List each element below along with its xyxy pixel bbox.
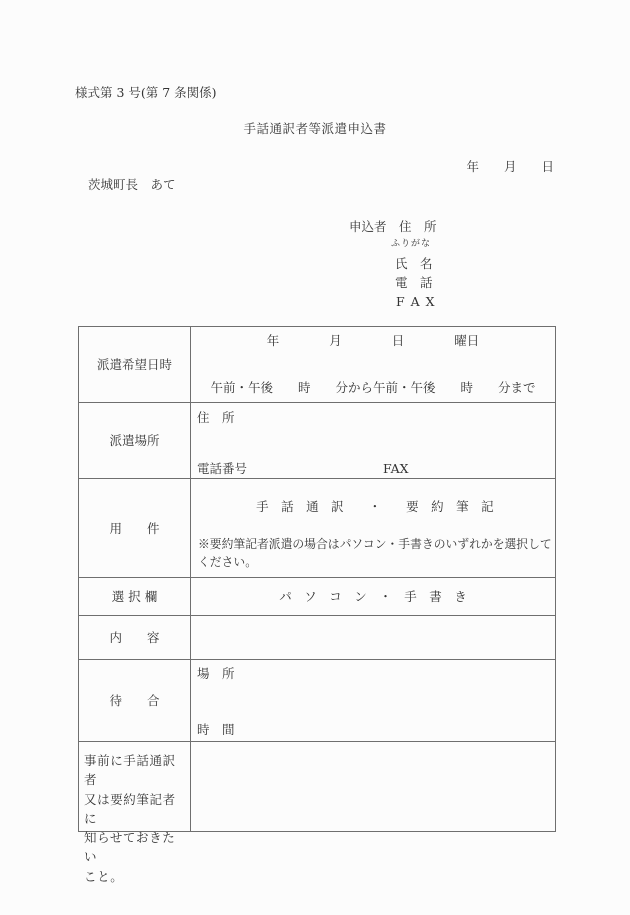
advance-notice-label-line3: 知らせておきたい	[84, 828, 187, 867]
place-fax-label: FAX	[383, 461, 409, 476]
table-row-content: 内 容	[79, 615, 555, 659]
selection-cell: パ ソ コ ン ・ 手 書 き	[191, 578, 555, 615]
dispatch-datetime-cell: 年 月 日 曜日 午前・午後 時 分から午前・午後 時 分まで	[191, 327, 555, 402]
purpose-note-line1: ※要約筆記者派遣の場合はパソコン・手書きのいずれかを選択して	[198, 538, 552, 551]
table-row-dispatch-place: 派遣場所 住 所 電話番号 FAX	[79, 402, 555, 478]
applicant-fax-label: F A X	[396, 295, 436, 308]
table-row-meeting: 待 合 場 所 時 間	[79, 659, 555, 741]
place-phone-fax-line: 電話番号 FAX	[197, 462, 549, 475]
page-title: 手話通訳者等派遣申込書	[0, 122, 630, 135]
content-label: 内 容	[79, 616, 191, 659]
place-phone-label: 電話番号	[197, 461, 247, 476]
form-number: 様式第 3 号(第 7 条関係)	[75, 86, 217, 99]
place-address-label: 住 所	[197, 411, 549, 424]
dispatch-place-label: 派遣場所	[79, 403, 191, 478]
advance-notice-label-line1: 事前に手話通訳者	[84, 751, 187, 790]
addressee-line: 茨城町長 あて	[88, 178, 176, 191]
applicant-furigana-label: ふりがな	[391, 240, 431, 249]
advance-notice-cell	[191, 742, 555, 831]
application-table: 派遣希望日時 年 月 日 曜日 午前・午後 時 分から午前・午後 時 分まで 派…	[78, 326, 556, 832]
meeting-cell: 場 所 時 間	[191, 660, 555, 741]
dispatch-place-cell: 住 所 電話番号 FAX	[191, 403, 555, 478]
purpose-note-line2: ください。	[198, 556, 552, 569]
dispatch-datetime-label: 派遣希望日時	[79, 327, 191, 402]
table-row-selection: 選 択 欄 パ ソ コ ン ・ 手 書 き	[79, 577, 555, 615]
applicant-address-label: 申込者 住 所	[349, 220, 437, 233]
dispatch-date-blanks: 年 月 日 曜日	[267, 334, 480, 347]
content-cell	[191, 616, 555, 659]
date-line: 年 月 日	[466, 160, 554, 173]
advance-notice-label-line2: 又は要約筆記者に	[84, 790, 187, 829]
purpose-options: 手 話 通 訳 ・ 要 約 筆 記	[198, 500, 552, 513]
document-page: 様式第 3 号(第 7 条関係) 手話通訳者等派遣申込書 年 月 日 茨城町長 …	[0, 0, 630, 915]
purpose-label: 用 件	[79, 479, 191, 577]
advance-notice-label: 事前に手話通訳者 又は要約筆記者に 知らせておきたい こと。	[79, 742, 191, 831]
table-row-advance-notice: 事前に手話通訳者 又は要約筆記者に 知らせておきたい こと。	[79, 741, 555, 831]
meeting-place-label: 場 所	[197, 667, 549, 680]
purpose-cell: 手 話 通 訳 ・ 要 約 筆 記 ※要約筆記者派遣の場合はパソコン・手書きのい…	[191, 479, 559, 577]
meeting-label: 待 合	[79, 660, 191, 741]
selection-options: パ ソ コ ン ・ 手 書 き	[279, 590, 467, 603]
applicant-phone-label: 電 話	[395, 276, 433, 289]
advance-notice-label-line4: こと。	[84, 867, 187, 886]
meeting-time-label: 時 間	[197, 723, 549, 736]
table-row-purpose: 用 件 手 話 通 訳 ・ 要 約 筆 記 ※要約筆記者派遣の場合はパソコン・手…	[79, 478, 555, 577]
dispatch-time-blanks: 午前・午後 時 分から午前・午後 時 分まで	[210, 381, 535, 394]
selection-label: 選 択 欄	[79, 578, 191, 615]
table-row-dispatch-datetime: 派遣希望日時 年 月 日 曜日 午前・午後 時 分から午前・午後 時 分まで	[79, 327, 555, 402]
applicant-name-label: 氏 名	[395, 257, 433, 270]
